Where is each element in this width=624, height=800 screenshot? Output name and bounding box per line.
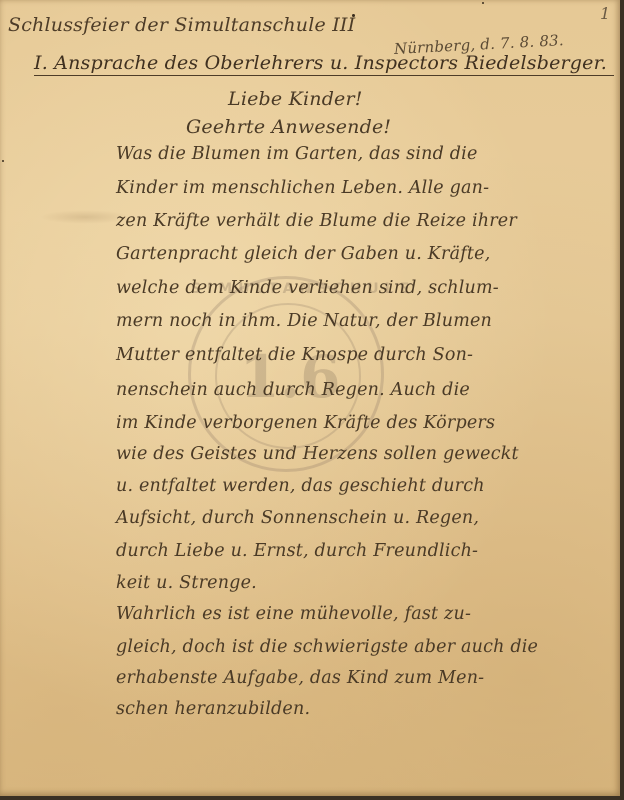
body-line: welche dem Kinde verliehen sind, schlum-	[116, 278, 499, 298]
body-line: schen heranzubilden.	[116, 699, 310, 719]
body-line: Wahrlich es ist eine mühevolle, fast zu-	[116, 604, 471, 624]
greeting-children: Liebe Kinder!	[228, 88, 363, 110]
body-line: gleich, doch ist die schwierigste aber a…	[116, 637, 538, 657]
page-number: 1	[600, 4, 610, 23]
body-line: Was die Blumen im Garten, das sind die	[116, 144, 478, 164]
ink-speck	[352, 14, 355, 17]
body-line: u. entfaltet werden, das geschieht durch	[116, 476, 485, 496]
body-line: mern noch in ihm. Die Natur, der Blumen	[116, 311, 492, 331]
scan-edge-right	[620, 0, 624, 800]
body-line: Gartenpracht gleich der Gaben u. Kräfte,	[116, 244, 490, 264]
body-line: Aufsicht, durch Sonnenschein u. Regen,	[116, 508, 479, 528]
institution-stamp: SIMULTANSCHULE 1.6	[188, 276, 384, 472]
scan-edge-bottom	[0, 796, 624, 800]
body-line: Mutter entfaltet die Knospe durch Son-	[116, 345, 473, 365]
body-line: erhabenste Aufgabe, das Kind zum Men-	[116, 668, 484, 688]
body-line: durch Liebe u. Ernst, durch Freundlich-	[116, 541, 478, 561]
document-subtitle: I. Ansprache des Oberlehrers u. Inspecto…	[34, 52, 614, 76]
document-page: SIMULTANSCHULE 1.6 1 Schlussfeier der Si…	[0, 0, 620, 796]
ink-speck	[482, 2, 484, 4]
ink-speck	[2, 160, 4, 162]
document-title: Schlussfeier der Simultanschule III	[8, 14, 355, 36]
body-line: Kinder im menschlichen Leben. Alle gan-	[116, 178, 489, 198]
greeting-audience: Geehrte Anwesende!	[186, 116, 391, 138]
body-line: keit u. Strenge.	[116, 573, 257, 593]
body-line: nenschein auch durch Regen. Auch die	[116, 380, 470, 400]
body-line: zen Kräfte verhält die Blume die Reize i…	[116, 211, 517, 231]
body-line: wie des Geistes und Herzens sollen gewec…	[116, 444, 519, 464]
body-line: im Kinde verborgenen Kräfte des Körpers	[116, 413, 495, 433]
